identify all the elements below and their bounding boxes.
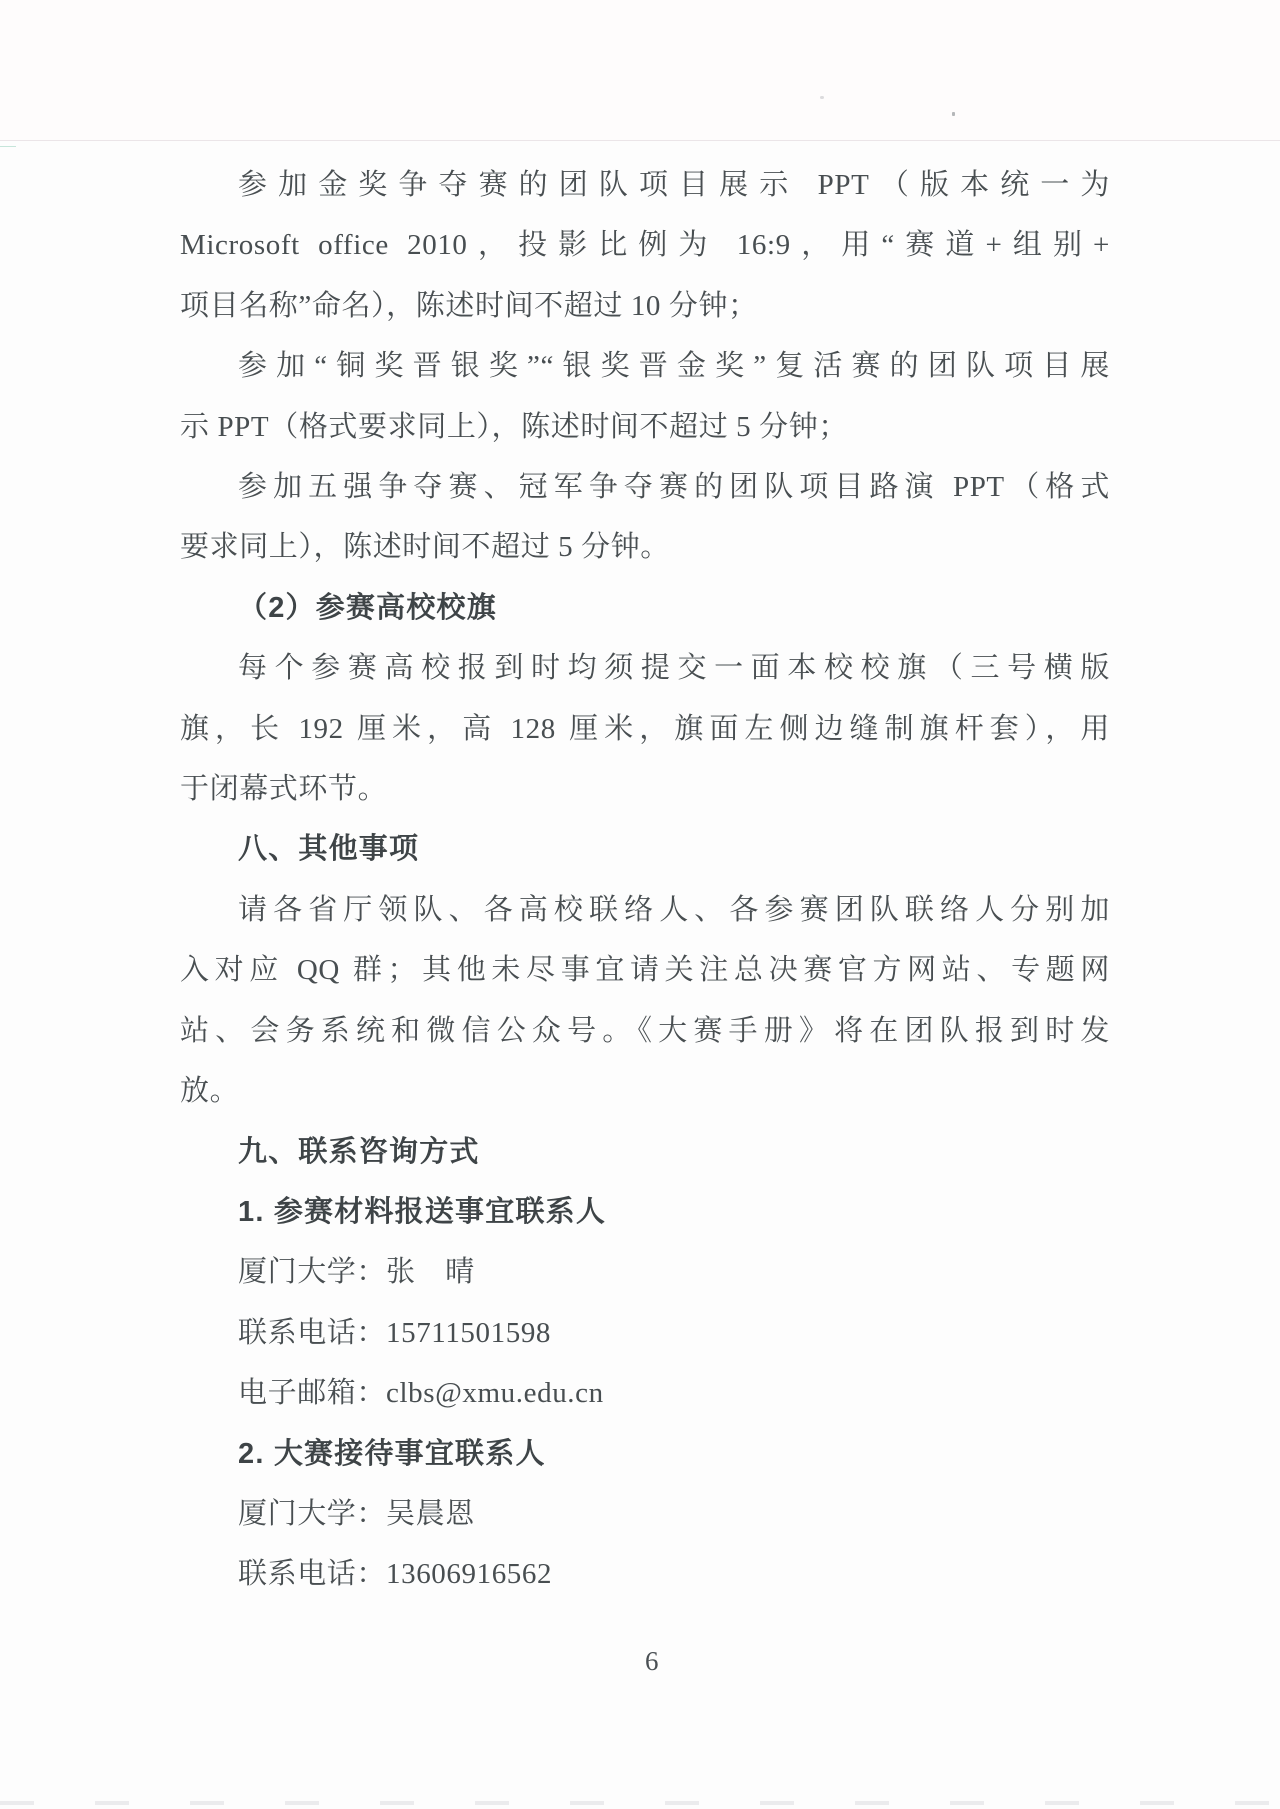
doc-line: Microsoft office 2010，投影比例为 16:9，用“赛道+组别… (180, 215, 1110, 275)
scan-artifact-corner-line (0, 146, 16, 147)
doc-line: 请各省厅领队、各高校联络人、各参赛团队联络人分别加 (180, 880, 1110, 940)
heading-other-matters: 八、其他事项 (180, 819, 1110, 879)
scanned-document-page: 参加金奖争夺赛的团队项目展示 PPT（版本统一为 Microsoft offic… (0, 0, 1280, 1809)
contact-phone: 联系电话：15711501598 (180, 1303, 1110, 1363)
doc-line: 项目名称”命名），陈述时间不超过 10 分钟； (180, 276, 1110, 336)
doc-line: 参加“铜奖晋银奖”“银奖晋金奖”复活赛的团队项目展 (180, 336, 1110, 396)
scan-speck (952, 112, 955, 116)
contact-email: 电子邮箱：clbs@xmu.edu.cn (180, 1363, 1110, 1423)
contact-university: 厦门大学：吴晨恩 (180, 1484, 1110, 1544)
doc-line: 入对应 QQ 群；其他未尽事宜请关注总决赛官方网站、专题网 (180, 940, 1110, 1000)
contact-phone: 联系电话：13606916562 (180, 1544, 1110, 1604)
scan-artifact-top-band (0, 0, 1280, 140)
contact-university: 厦门大学：张 晴 (180, 1242, 1110, 1302)
scan-artifact-top-line (0, 140, 1280, 141)
doc-line: 每个参赛高校报到时均须提交一面本校校旗（三号横版 (180, 638, 1110, 698)
scan-artifact-bottom-noise (0, 1801, 1280, 1805)
subheading-materials-contact: 1. 参赛材料报送事宜联系人 (180, 1182, 1110, 1242)
heading-school-flag: （2）参赛高校校旗 (180, 578, 1110, 638)
doc-line: 旗，长 192 厘米，高 128 厘米，旗面左侧边缝制旗杆套），用 (180, 699, 1110, 759)
doc-line: 站、会务系统和微信公众号。《大赛手册》将在团队报到时发 (180, 1001, 1110, 1061)
scan-speck (820, 96, 824, 99)
subheading-reception-contact: 2. 大赛接待事宜联系人 (180, 1424, 1110, 1484)
page-number: 6 (645, 1646, 659, 1677)
heading-contact-methods: 九、联系咨询方式 (180, 1122, 1110, 1182)
document-body: 参加金奖争夺赛的团队项目展示 PPT（版本统一为 Microsoft offic… (180, 155, 1110, 1605)
doc-line: 要求同上），陈述时间不超过 5 分钟。 (180, 517, 1110, 577)
doc-line: 放。 (180, 1061, 1110, 1121)
doc-line: 参加金奖争夺赛的团队项目展示 PPT（版本统一为 (180, 155, 1110, 215)
doc-line: 示 PPT（格式要求同上），陈述时间不超过 5 分钟； (180, 397, 1110, 457)
doc-line: 于闭幕式环节。 (180, 759, 1110, 819)
doc-line: 参加五强争夺赛、冠军争夺赛的团队项目路演 PPT（格式 (180, 457, 1110, 517)
